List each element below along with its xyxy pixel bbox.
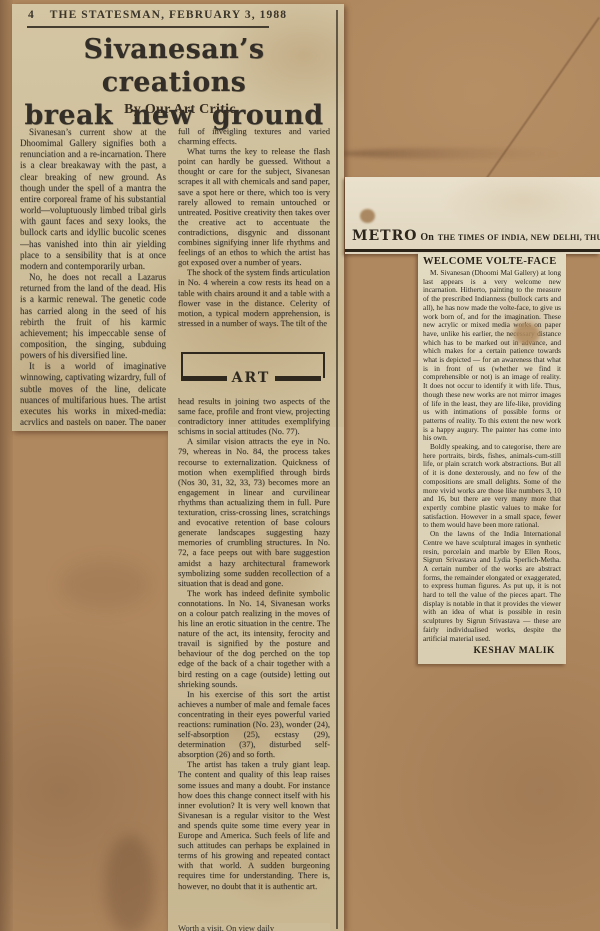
article-paragraph: Sivanesan’s current show at the Dhoomima…: [20, 127, 166, 272]
article-paragraph: full of inveigling textures and varied c…: [178, 126, 330, 146]
art-section-label: ART: [232, 372, 271, 385]
masthead-rule: [27, 26, 269, 28]
toi-masthead-title: THE TIMES OF INDIA, NEW DELHI, THURSDAY,…: [438, 233, 600, 242]
article-paragraph: What turns the key to release the flash …: [178, 146, 330, 267]
article-paragraph: head results in joining two aspects of t…: [178, 396, 330, 436]
article-byline: By Our Art Critic: [60, 102, 300, 118]
article-paragraph: No, he does not recall a Lazarus returne…: [20, 272, 166, 361]
middle-column-top: full of inveigling textures and varied c…: [178, 126, 330, 352]
metro-section-label: METRO: [352, 228, 417, 244]
article-paragraph: The artist has taken a truly giant leap.…: [178, 759, 330, 890]
article-paragraph: The work has indeed definite symbolic co…: [178, 588, 330, 689]
left-column: Sivanesan’s current show at the Dhoomima…: [20, 127, 166, 425]
paper-stain: [514, 323, 540, 345]
banner-rule: [345, 249, 600, 252]
critic-signature: KESHAV MALIK: [423, 646, 561, 656]
masthead-title: THE STATESMAN, FEBRUARY 3, 1988: [50, 9, 287, 21]
article-paragraph: Boldly speaking, and to categorise, ther…: [423, 443, 561, 530]
article-paragraph: It is a world of imaginative winnowing, …: [20, 361, 166, 425]
art-banner-bar: [181, 376, 227, 381]
toi-banner-clipping: METROOnTHE TIMES OF INDIA, NEW DELHI, TH…: [345, 177, 600, 254]
art-banner-bar: [275, 376, 321, 381]
article-paragraph: The shock of the system finds articulati…: [178, 267, 330, 328]
paper-stain: [360, 209, 375, 223]
scrapbook-page: { "colors": { "page_background": "#b0885…: [0, 0, 600, 931]
page-number: 4: [28, 9, 34, 21]
article-paragraph: M. Sivanesan (Dhoomi Mal Gallery) at lon…: [423, 269, 561, 443]
toi-masthead-line: METROOnTHE TIMES OF INDIA, NEW DELHI, TH…: [352, 227, 600, 245]
toi-article-body: M. Sivanesan (Dhoomi Mal Gallery) at lon…: [423, 269, 561, 643]
article-title: WELCOME VOLTE-FACE: [423, 256, 561, 267]
article-paragraph: A similar vision attracts the eye in No.…: [178, 436, 330, 587]
column-rule: [336, 10, 338, 929]
cut-off-line: Worth a visit. On view daily: [178, 923, 330, 931]
middle-column-bottom: head results in joining two aspects of t…: [178, 396, 330, 922]
metro-on-label: On: [420, 232, 433, 243]
article-paragraph: In his exercise of this sort the artist …: [178, 689, 330, 760]
toi-article-clipping: WELCOME VOLTE-FACE M. Sivanesan (Dhoomi …: [418, 253, 566, 664]
article-paragraph: On the lawns of the India International …: [423, 530, 561, 643]
newspaper-masthead: 4THE STATESMAN, FEBRUARY 3, 1988: [28, 9, 287, 21]
headline-line-1: Sivanesan’s creations: [14, 33, 334, 99]
art-section-banner: ART: [181, 372, 321, 385]
